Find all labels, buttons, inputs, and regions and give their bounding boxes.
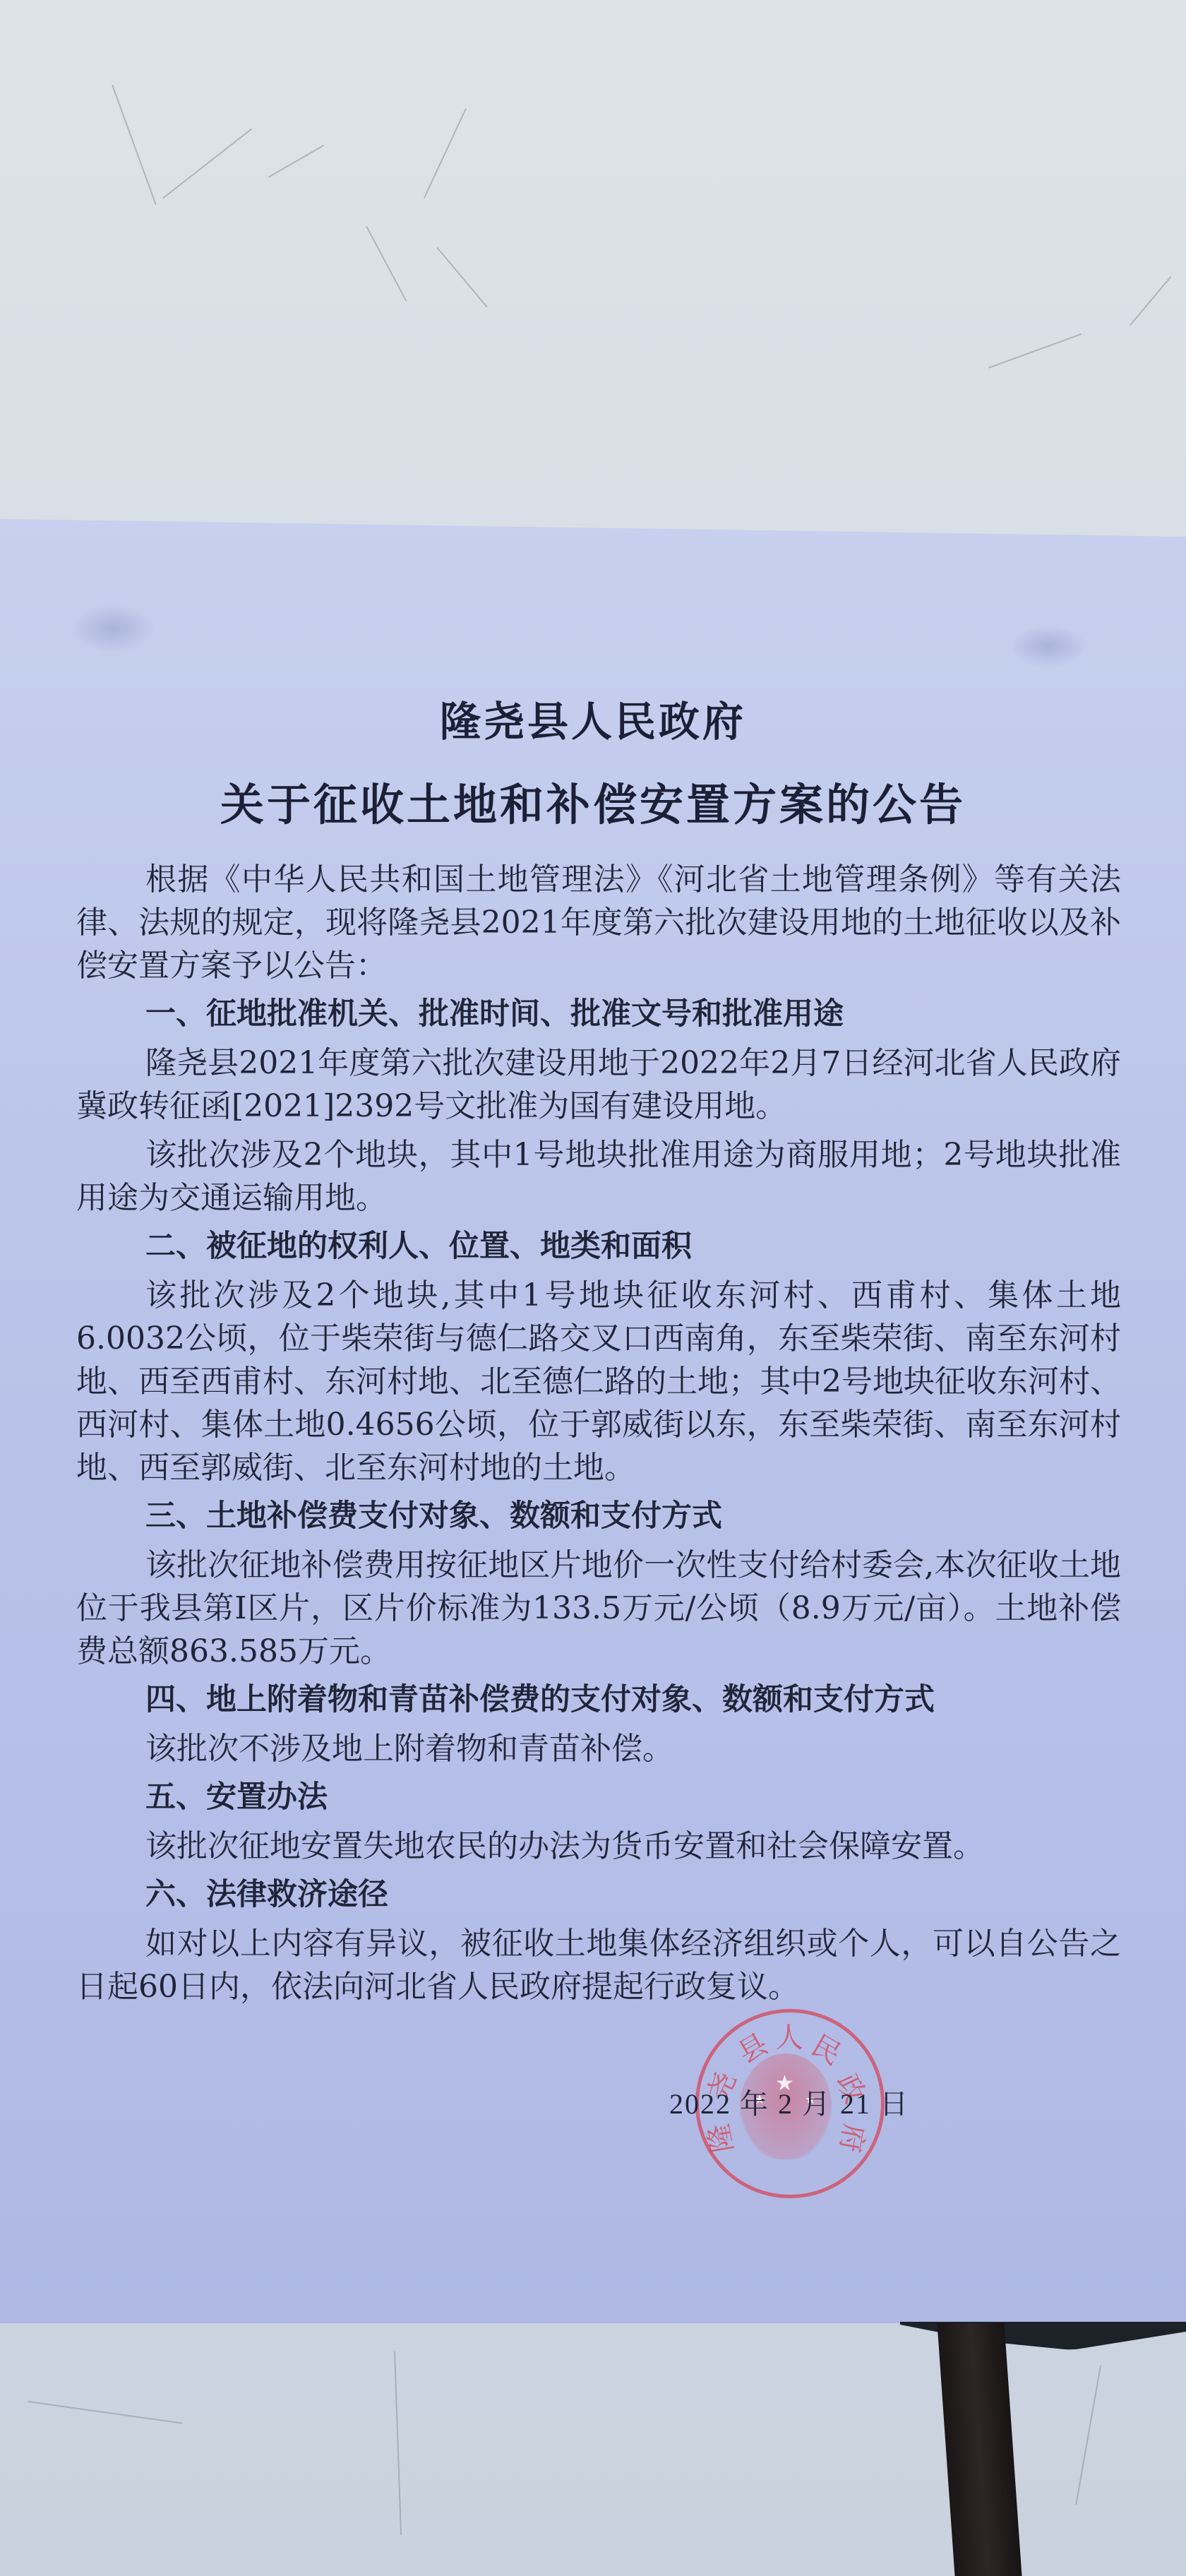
seal-character: 隆 [696, 2121, 741, 2156]
notice-title-issuer: 隆尧县人民政府 [0, 688, 1186, 748]
intro-paragraph: 根据《中华人民共和国土地管理法》《河北省土地管理条例》等有关法律、法规的规定，现… [76, 858, 1121, 987]
paper-wrinkle [71, 604, 155, 653]
wall-crack [366, 226, 407, 302]
section-3-paragraph-1: 该批次征地补偿费用按征地区片地价一次性支付给村委会,本次征收土地位于我县第I区片… [76, 1544, 1121, 1673]
wall-crack [436, 247, 487, 308]
section-6-paragraph-1: 如对以上内容有异议，被征收土地集体经济组织或个人，可以自公告之日起60日内，依法… [76, 1922, 1121, 2008]
notice-date: 2022 年 2 月 21 日 [669, 2082, 909, 2122]
seal-character: 府 [832, 2121, 876, 2156]
section-1-paragraph-1: 隆尧县2021年度第六批次建设用地于2022年2月7日经河北省人民政府冀政转征函… [76, 1042, 1121, 1128]
section-4-paragraph-1: 该批次不涉及地上附着物和青苗补偿。 [76, 1727, 1121, 1770]
wall-crack [28, 2401, 182, 2424]
wall-crack [1130, 276, 1171, 326]
section-5-paragraph-1: 该批次征地安置失地农民的办法为货币安置和社会保障安置。 [76, 1825, 1121, 1868]
wall-crack [394, 2351, 402, 2535]
section-6-heading: 六、法律救济途径 [145, 1873, 1121, 1916]
wall-crack [988, 333, 1082, 369]
section-2-heading: 二、被征地的权利人、位置、地类和面积 [145, 1225, 1121, 1268]
section-1-heading: 一、征地批准机关、批准时间、批准文号和批准用途 [145, 993, 1121, 1036]
wall-crack [424, 108, 467, 198]
notice-title-subject: 关于征收土地和补偿安置方案的公告 [0, 770, 1186, 833]
section-3-heading: 三、土地补偿费支付对象、数额和支付方式 [145, 1495, 1121, 1538]
section-2-paragraph-1: 该批次涉及2个地块,其中1号地块征收东河村、西甫村、集体土地6.0032公顷，位… [76, 1274, 1121, 1489]
section-5-heading: 五、安置办法 [145, 1776, 1121, 1819]
section-4-heading: 四、地上附着物和青苗补偿费的支付对象、数额和支付方式 [145, 1678, 1121, 1722]
wall-crack [1075, 2366, 1101, 2505]
wall-crack [162, 128, 252, 198]
wall-crack [268, 145, 324, 178]
notice-body: 根据《中华人民共和国土地管理法》《河北省土地管理条例》等有关法律、法规的规定，现… [76, 858, 1121, 2014]
wall-crack [112, 85, 156, 205]
paper-wrinkle [1010, 625, 1087, 667]
section-1-paragraph-2: 该批次涉及2个地块，其中1号地块批准用途为商服用地；2号地块批准用途为交通运输用… [76, 1133, 1121, 1220]
seal-character: 人 [775, 2015, 803, 2056]
